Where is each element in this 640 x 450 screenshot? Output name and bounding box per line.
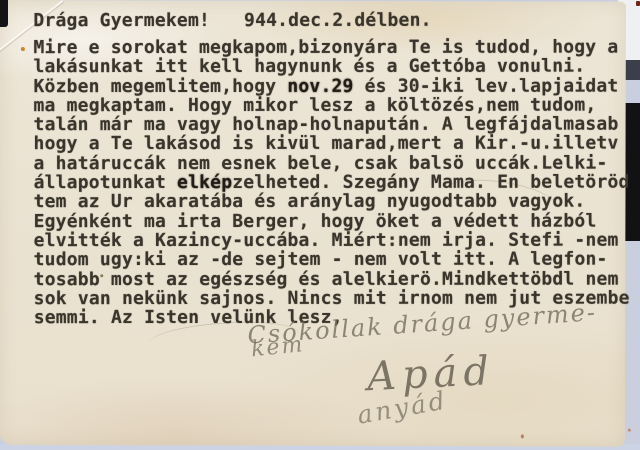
paper-stain-speck <box>521 434 524 438</box>
letter-line: a határuccák nem esnek bele, csak balsö … <box>34 153 626 173</box>
letter-line: tosabb most az egészség és alelkierö.Min… <box>34 269 626 289</box>
scan-background: Drága Gyermekem! 944.dec.2.délben. Mire … <box>0 0 640 450</box>
letter-line: tem az Ur akaratába és aránylag nyugodta… <box>34 192 626 212</box>
letter-line: ma megkaptam. Hogy mikor lesz a költözés… <box>33 95 625 115</box>
letter-line: Egyénként ma irta Berger, hogy öket a vé… <box>34 211 626 231</box>
letter-header-line: Drága Gyermekem! 944.dec.2.délben. <box>33 10 625 33</box>
letter-body: Mire e sorokat megkapom,bizonyára Te is … <box>33 38 625 328</box>
letter-line: elvitték a Kazincy-uccába. Miért:nem irj… <box>34 231 626 251</box>
handwritten-closing-continuation: kem <box>250 332 305 362</box>
letter-paper: Drága Gyermekem! 944.dec.2.délben. Mire … <box>0 0 626 447</box>
letter-line: tudom ugy:ki az -de sejtem - nem volt it… <box>34 250 626 270</box>
letter-line: állapotunkat elképzelheted. Szegány Mama… <box>34 173 626 193</box>
scanner-bed-dark-strip <box>624 60 640 80</box>
scanner-bed-corner-notch <box>0 0 8 27</box>
dateline: 944.dec.2.délben. <box>244 10 432 32</box>
letter-line: talán már ma vagy holnap-holnapután. A l… <box>34 115 626 135</box>
letter-line: Mire e sorokat megkapom,bizonyára Te is … <box>33 38 625 58</box>
corner-red-speck <box>636 1 640 6</box>
letter-line: Közben megemlitem,hogy nov.29 és 30-iki … <box>33 76 625 96</box>
paper-stain-speck <box>628 429 631 432</box>
letter-line: hogy a Te lakásod is kivül marad,mert a … <box>34 134 626 154</box>
typewritten-letter: Drága Gyermekem! 944.dec.2.délben. Mire … <box>33 10 625 328</box>
letter-line: lakásunkat itt kell hagynunk és a Gettób… <box>33 57 625 77</box>
paper-stain-speck <box>21 47 25 51</box>
salutation: Drága Gyermekem! <box>33 10 210 32</box>
